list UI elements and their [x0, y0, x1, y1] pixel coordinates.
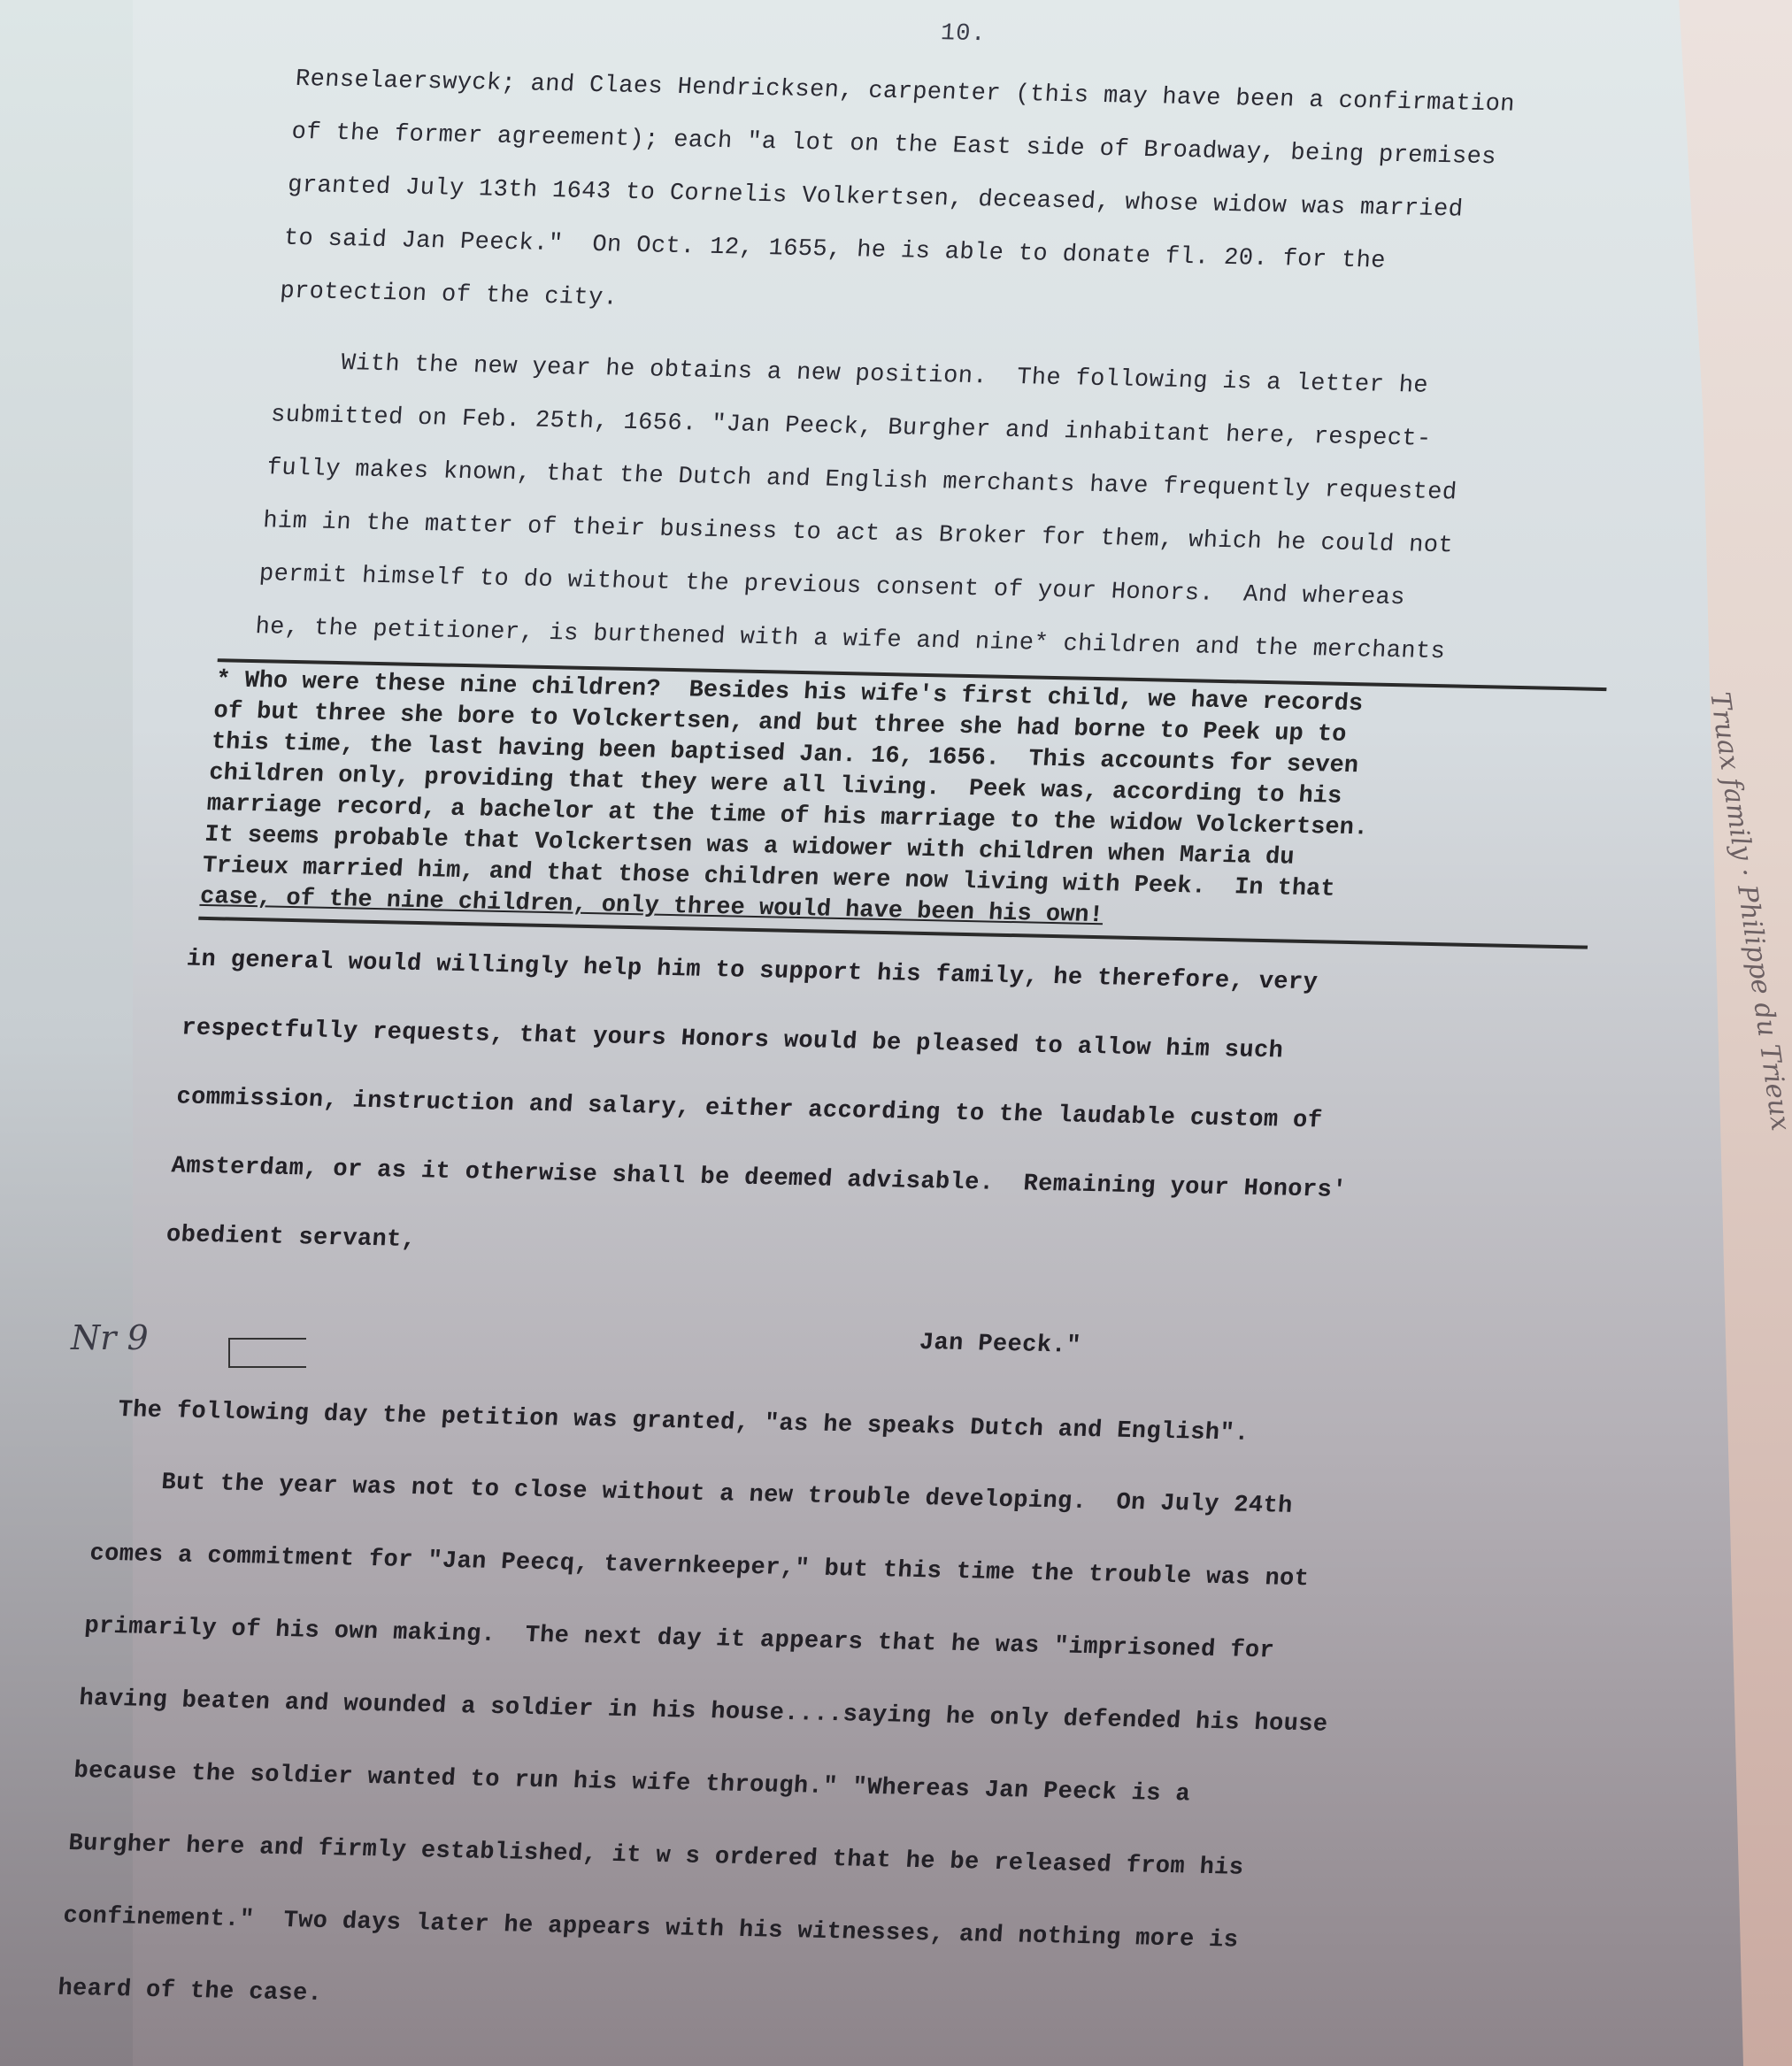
paragraph-4: But the year was not to close without a …	[55, 1446, 1522, 2055]
paragraph-1: Renselaerswyck; and Claes Hendricksen, c…	[278, 53, 1625, 346]
handwritten-margin-mark: Nr 9	[71, 1318, 149, 1357]
handwritten-bracket-mark	[228, 1338, 306, 1368]
paragraph-2-continued: in general would willingly help him to s…	[164, 925, 1560, 1299]
page-content: 10. Renselaerswyck; and Claes Hendrickse…	[152, 7, 1627, 2054]
footnote-box: * Who were these nine children? Besides …	[198, 658, 1606, 949]
paragraph-2: With the new year he obtains a new posit…	[253, 336, 1604, 682]
